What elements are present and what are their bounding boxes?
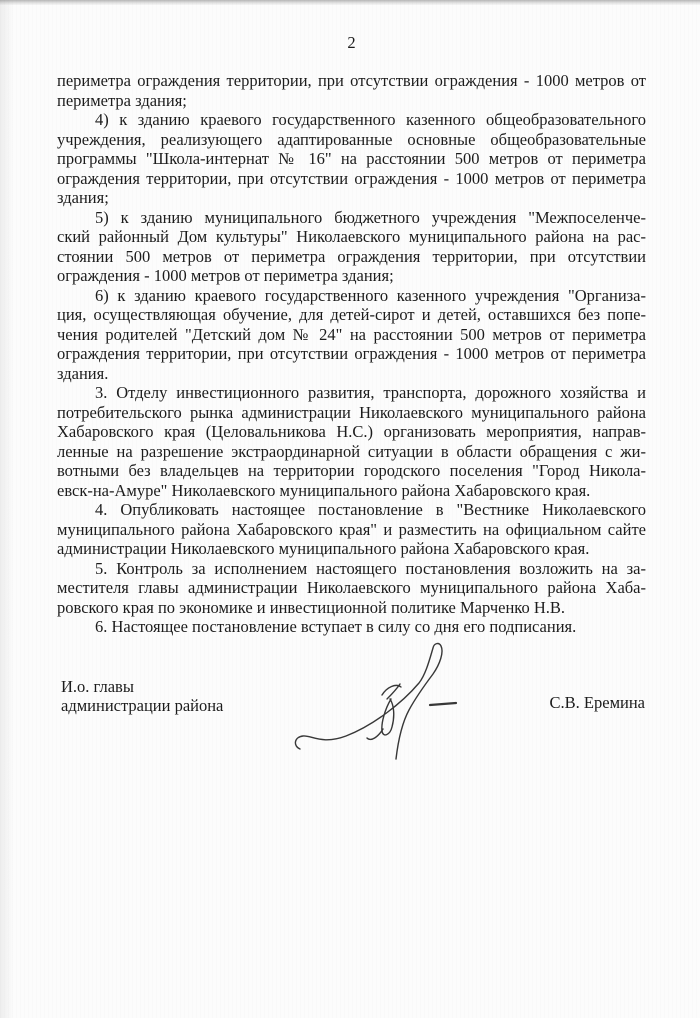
text-line: вотными без владельцев на территории гор… — [57, 461, 646, 481]
text-line: местителя главы администрации Николаевск… — [57, 578, 646, 598]
signer-position-line-1: И.о. главы — [61, 678, 223, 697]
text-line: ограждения территории, при отсутствии ог… — [57, 344, 646, 364]
text-line: 6) к зданию краевого государственного ка… — [57, 286, 646, 306]
text-line: 3. Отделу инвестиционного развития, тран… — [57, 383, 646, 403]
text-line: ский районный Дом культуры" Николаевског… — [57, 227, 646, 247]
text-line: ленные на разрешение экстраординарной си… — [57, 442, 646, 462]
text-line: 4. Опубликовать настоящее постановление … — [57, 500, 646, 520]
text-line: потребительского рынка администрации Ник… — [57, 403, 646, 423]
text-line: администрации Николаевского муниципально… — [57, 539, 646, 559]
text-line: ровского края по экономике и инвестицион… — [57, 598, 646, 618]
scan-top-edge — [0, 0, 700, 5]
text-line: евск-на-Амуре" Николаевского муниципальн… — [57, 481, 646, 501]
document-page: 2 периметра ограждения территории, при о… — [0, 0, 700, 1018]
text-line: 6. Настоящее постановление вступает в си… — [57, 617, 646, 637]
text-line: ция, осуществляющая обучение, для детей-… — [57, 305, 646, 325]
text-line: здания. — [57, 364, 646, 384]
text-line: муниципального района Хабаровского края"… — [57, 520, 646, 540]
document-body: периметра ограждения территории, при отс… — [57, 71, 646, 637]
text-line: 4) к зданию краевого государственного ка… — [57, 110, 646, 130]
text-line: ограждения территории, при отсутствии ог… — [57, 169, 646, 189]
text-line: учреждения, реализующего адаптированные … — [57, 130, 646, 150]
text-line: ограждения - 1000 метров от периметра зд… — [57, 266, 646, 286]
text-line: 5) к зданию муниципального бюджетного уч… — [57, 208, 646, 228]
handwritten-signature-icon — [270, 641, 460, 771]
text-line: чения родителей "Детский дом № 24" на ра… — [57, 325, 646, 345]
text-line: периметра ограждения территории, при отс… — [57, 71, 646, 91]
scan-left-edge — [0, 0, 14, 1018]
text-line: 5. Контроль за исполнением настоящего по… — [57, 559, 646, 579]
text-line: Хабаровского края (Целовальникова Н.С.) … — [57, 422, 646, 442]
text-line: периметра здания; — [57, 91, 646, 111]
text-line: программы "Школа-интернат № 16" на расст… — [57, 149, 646, 169]
signer-position: И.о. главы администрации района — [61, 678, 223, 715]
page-number: 2 — [57, 33, 646, 53]
signer-position-line-2: администрации района — [61, 697, 223, 716]
text-line: здания; — [57, 188, 646, 208]
text-line: стоянии 500 метров от периметра огражден… — [57, 247, 646, 267]
signer-name: С.В. Еремина — [550, 693, 645, 713]
